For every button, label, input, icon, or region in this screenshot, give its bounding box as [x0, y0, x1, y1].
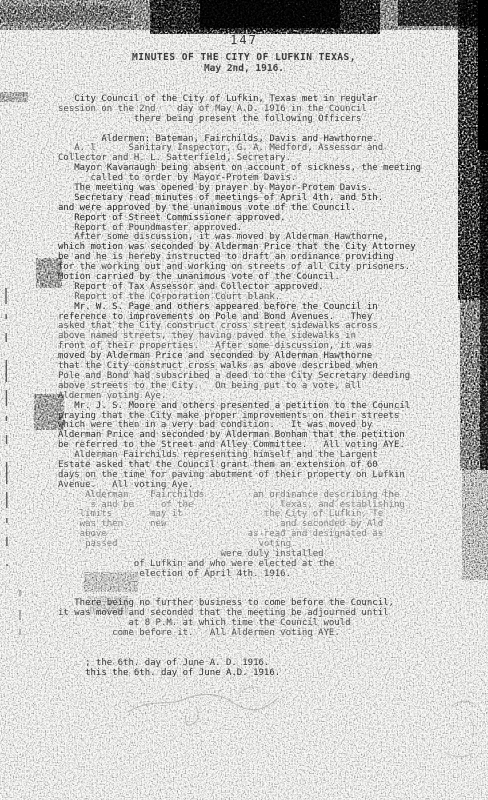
document-line: election of April 4th. 1916.	[58, 570, 462, 580]
signature-marks	[128, 687, 474, 757]
page-number: 147	[0, 33, 488, 47]
document-line: come before it. All Aldermen voting AYE.	[58, 629, 462, 639]
document-body: City Council of the City of Lufkin, Texa…	[58, 95, 462, 679]
document-line	[58, 580, 462, 590]
left-fold-line	[6, 288, 20, 640]
document-line: there being present the following Office…	[58, 115, 462, 125]
scanned-document-page: 147 MINUTES OF THE CITY OF LUFKIN TEXAS,…	[0, 0, 488, 800]
top-edge-stain	[0, 0, 488, 34]
document-line	[58, 639, 462, 649]
document-line: this the 6th. day of June A.D. 1916.	[58, 669, 462, 679]
document-date: May 2nd, 1916.	[0, 63, 488, 74]
document-title: MINUTES OF THE CITY OF LUFKIN TEXAS,	[0, 52, 488, 63]
right-edge-stain	[458, 0, 488, 580]
document-header: MINUTES OF THE CITY OF LUFKIN TEXAS, May…	[0, 52, 488, 74]
